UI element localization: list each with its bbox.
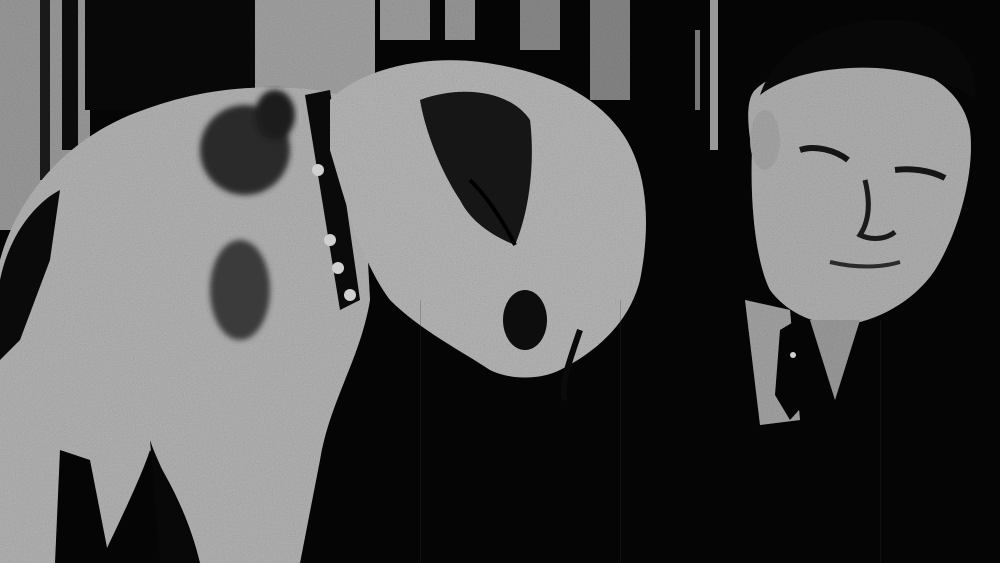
photo-canvas <box>0 0 1000 563</box>
man <box>745 20 976 425</box>
newspaper-photo <box>0 0 1000 563</box>
dog <box>0 60 646 563</box>
